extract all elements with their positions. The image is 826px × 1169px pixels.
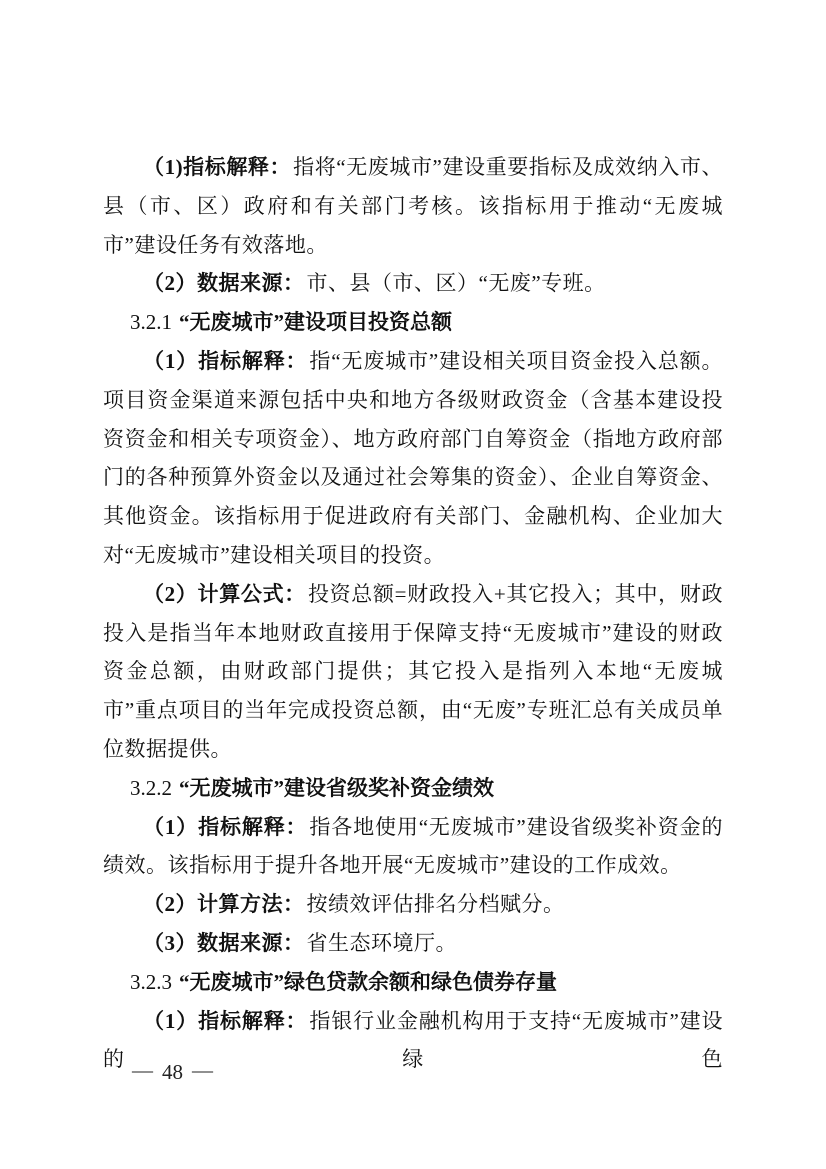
heading-number: 3.2.1: [130, 310, 172, 334]
paragraph-text: 按绩效评估排名分档赋分。: [307, 892, 565, 916]
paragraph-label: （1)指标解释：: [143, 155, 291, 179]
heading-number: 3.2.3: [130, 970, 172, 994]
document-page: { "content": [ { "type": "paragraph", "l…: [0, 0, 826, 1169]
footer-dash-right: —: [192, 1057, 213, 1083]
paragraph-text: 省生态环境厅。: [307, 931, 458, 955]
paragraph-label: （3）数据来源：: [143, 931, 305, 955]
page-footer: —48—: [132, 1059, 213, 1085]
section-heading-3-2-2: 3.2.2“无废城市”建设省级奖补资金绩效: [103, 769, 723, 808]
paragraph-label: （1）指标解释：: [143, 815, 307, 839]
section-heading-3-2-3: 3.2.3“无废城市”绿色贷款余额和绿色债券存量: [103, 963, 723, 1002]
heading-title: “无废城市”绿色贷款余额和绿色债券存量: [179, 970, 557, 994]
paragraph-data-source-2: （3）数据来源：省生态环境厅。: [103, 924, 723, 963]
paragraph-calc-method: （2）计算方法：按绩效评估排名分档赋分。: [103, 885, 723, 924]
paragraph-label: （1）指标解释：: [143, 1009, 307, 1033]
paragraph-text: 投资总额=财政投入+其它投入；其中，财政投入是指当年本地财政直接用于保障支持“无…: [103, 582, 723, 761]
page-number: 48: [162, 1059, 183, 1085]
paragraph-indicator-explanation-2: （1）指标解释：指“无废城市”建设相关项目资金投入总额。项目资金渠道来源包括中央…: [103, 342, 723, 575]
paragraph-indicator-explanation-3: （1）指标解释：指各地使用“无废城市”建设省级奖补资金的绩效。该指标用于提升各地…: [103, 808, 723, 886]
paragraph-text: 指“无废城市”建设相关项目资金投入总额。项目资金渠道来源包括中央和地方各级财政资…: [103, 349, 723, 567]
page-content: （1)指标解释：指将“无废城市”建设重要指标及成效纳入市、县（市、区）政府和有关…: [103, 148, 723, 1079]
paragraph-indicator-explanation-1: （1)指标解释：指将“无废城市”建设重要指标及成效纳入市、县（市、区）政府和有关…: [103, 148, 723, 264]
paragraph-label: （1）指标解释：: [143, 349, 307, 373]
paragraph-label: （2）计算方法：: [143, 892, 305, 916]
paragraph-data-source-1: （2）数据来源：市、县（市、区）“无废”专班。: [103, 264, 723, 303]
paragraph-text: 市、县（市、区）“无废”专班。: [307, 271, 606, 295]
paragraph-label: （2）数据来源：: [143, 271, 305, 295]
heading-number: 3.2.2: [130, 776, 172, 800]
heading-title: “无废城市”建设项目投资总额: [179, 310, 452, 334]
heading-title: “无废城市”建设省级奖补资金绩效: [179, 776, 494, 800]
section-heading-3-2-1: 3.2.1“无废城市”建设项目投资总额: [103, 303, 723, 342]
paragraph-calc-formula: （2）计算公式：投资总额=财政投入+其它投入；其中，财政投入是指当年本地财政直接…: [103, 575, 723, 769]
paragraph-label: （2）计算公式：: [143, 582, 306, 606]
footer-dash-left: —: [132, 1057, 153, 1083]
